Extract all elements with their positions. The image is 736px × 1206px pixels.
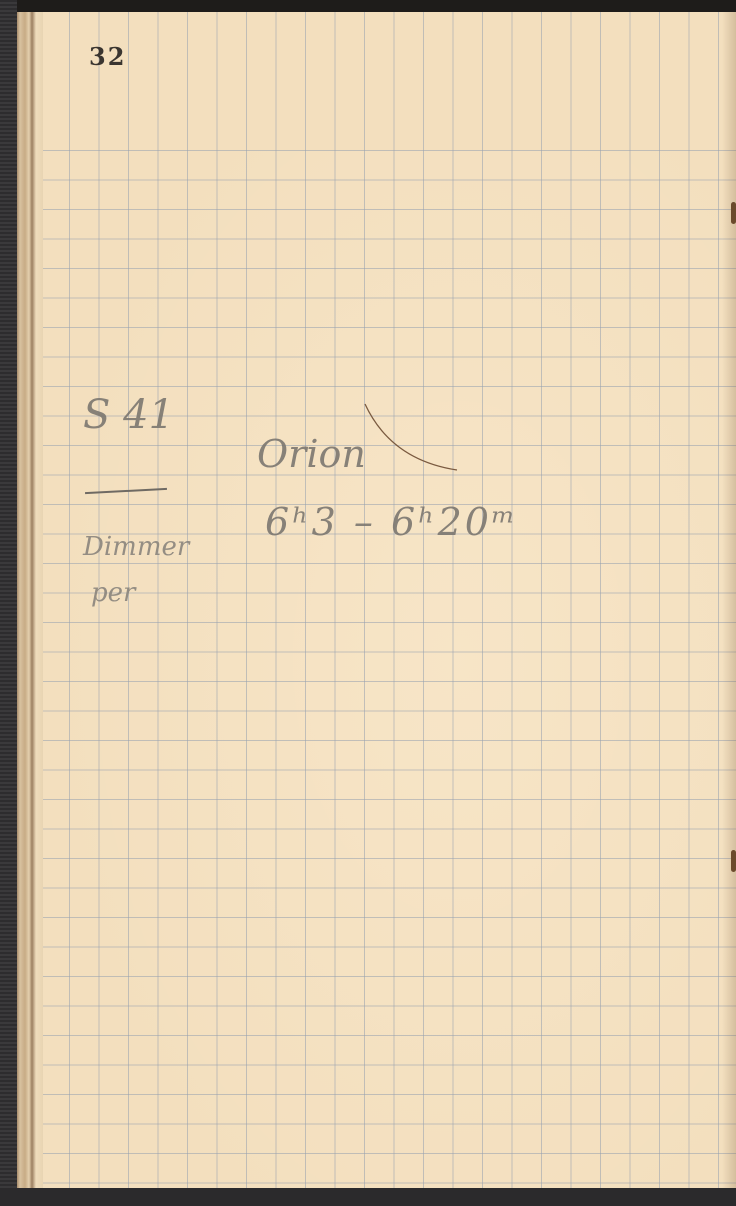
cover-spine bbox=[0, 0, 17, 1206]
page-stack-edges bbox=[17, 12, 43, 1188]
handwritten-object-name: Orion bbox=[257, 432, 366, 476]
cover-top-edge bbox=[0, 0, 736, 12]
handwritten-label: S 41 bbox=[83, 392, 174, 438]
header-strip bbox=[43, 12, 736, 150]
binding-thread-mark bbox=[731, 850, 736, 872]
page-gutter-shadow bbox=[722, 12, 736, 1188]
notebook-page: 32 S 41 Dimmer per Orion 6ʰ3 – 6ʰ20ᵐ bbox=[43, 12, 736, 1188]
handwritten-note-line1: Dimmer bbox=[83, 532, 189, 562]
handwritten-note-line2: per bbox=[91, 578, 135, 608]
cover-bottom-edge bbox=[0, 1188, 736, 1206]
handwritten-time-range: 6ʰ3 – 6ʰ20ᵐ bbox=[265, 500, 518, 544]
grid-ruling bbox=[43, 12, 736, 1188]
page-number: 32 bbox=[89, 42, 126, 71]
stray-hair-mark bbox=[361, 400, 471, 480]
binding-thread-mark bbox=[731, 202, 736, 224]
